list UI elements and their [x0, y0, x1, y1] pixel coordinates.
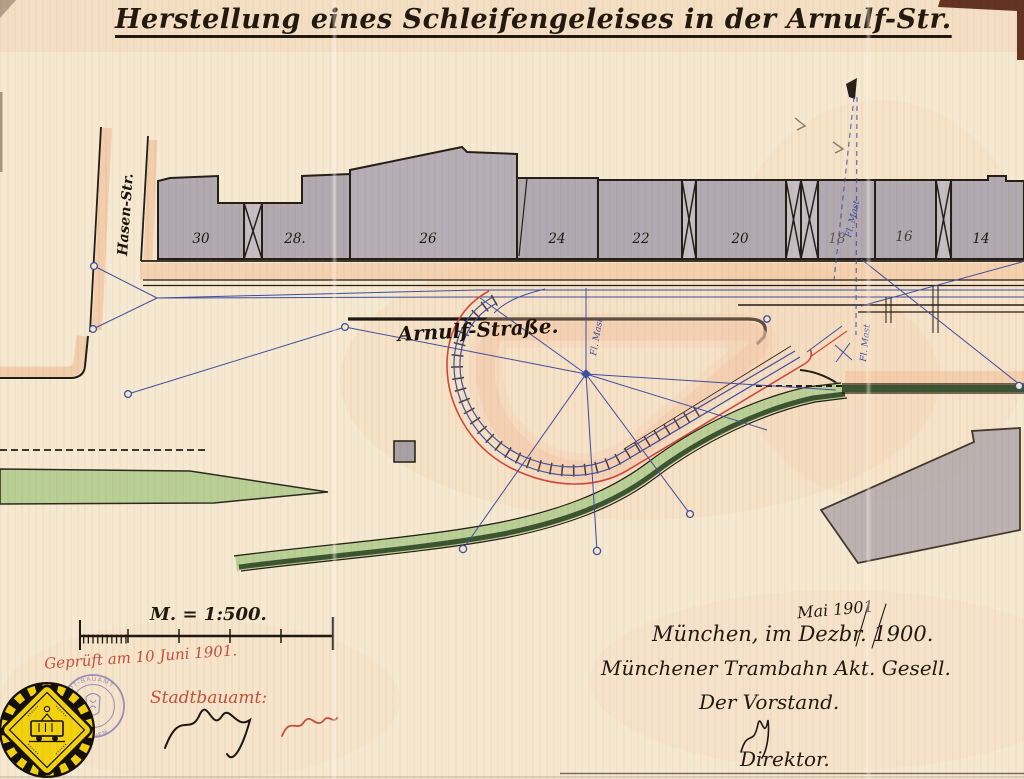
building-number: 28. [283, 231, 305, 247]
pencil-arrow [795, 118, 805, 130]
paper-crease [867, 0, 870, 779]
building-number: 30 [192, 231, 210, 247]
building-southeast [821, 428, 1020, 563]
building-number: 22 [631, 231, 649, 247]
signature-red [282, 718, 337, 736]
center-mast [582, 370, 590, 378]
place-date: München, im Dezbr. 1900. [652, 622, 933, 646]
building-number: 26 [418, 231, 437, 247]
building-22 [598, 180, 682, 259]
building-number: 24 [547, 231, 565, 247]
building-number: 16 [895, 229, 913, 245]
small-structure [394, 441, 415, 462]
building-28 [262, 174, 350, 259]
building-20 [696, 180, 786, 259]
board-label: Der Vorstand. [699, 690, 839, 714]
office-label: Stadtbauamt: [150, 688, 267, 708]
building-number: 20 [730, 231, 749, 247]
director-label: Direktor. [740, 747, 830, 771]
grass-strip-west [0, 469, 328, 504]
company-name: Münchener Trambahn Akt. Gesell. [601, 656, 951, 680]
street-label-hasenstr: Hasen-Str. [115, 173, 137, 258]
pencil-arrow [833, 142, 843, 153]
building-16 [875, 180, 936, 259]
plan-title: Herstellung eines Schleifengeleises in d… [115, 4, 825, 35]
building-number: 18 [828, 231, 846, 247]
mast-label: Fl. Mast [859, 323, 873, 363]
building-number: 14 [972, 231, 989, 247]
scale-label: M. = 1:500. [150, 604, 267, 625]
tram-museum-logo-icon [0, 682, 95, 778]
paper-crease [333, 0, 336, 779]
signature-stadtbauamt [165, 710, 250, 758]
survey-flag [846, 78, 857, 99]
scanned-plan-document: 30 28. 26 24 22 20 18 16 14 [0, 0, 1024, 779]
